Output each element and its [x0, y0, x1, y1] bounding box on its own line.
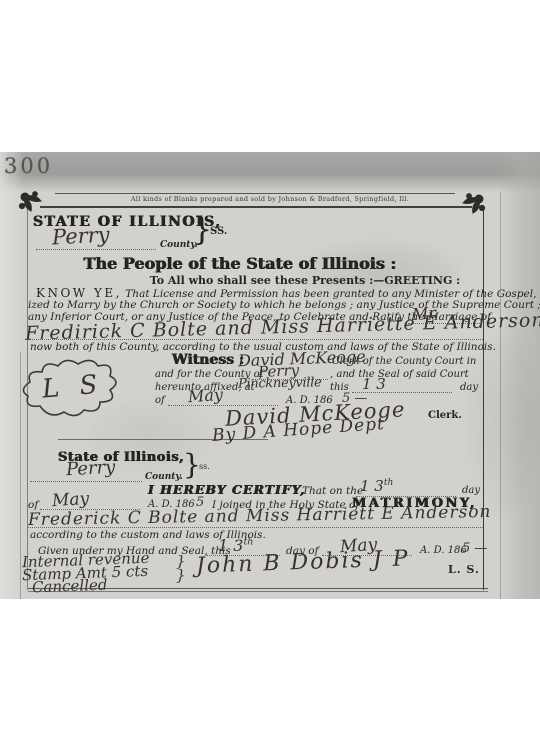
certify-day-handwritten: 1 3th [360, 477, 393, 495]
witness-month-handwritten: May [187, 385, 223, 406]
border-right-rule [483, 206, 484, 590]
ls-label: L. S. [448, 563, 480, 576]
witness-line2-post: , and the Seal of said Court [330, 369, 469, 380]
know-ye-line2: ized to Marry by the Church or Society t… [28, 299, 540, 311]
scanned-document: 300 All kinds of Blanks prepared and sol… [0, 152, 540, 599]
border-top-inner-rule [40, 206, 472, 208]
given-year-printed: A. D. 186 [420, 545, 467, 556]
page-background: { "page": { "number": "300", "imprint": … [0, 0, 540, 756]
revenue-brace-2: } [176, 566, 186, 584]
certificate-county-handwritten: Perry [65, 457, 115, 481]
scan-top-shadow-band [0, 152, 540, 192]
witness-line4-pre: of [155, 395, 165, 406]
corner-ornament-icon [458, 190, 488, 216]
witness-label: Witness : [172, 352, 244, 368]
certify-post: day [462, 485, 480, 496]
certify-lead: I HEREBY CERTIFY, [148, 482, 305, 497]
border-top-outer-rule [55, 193, 455, 194]
certificate-county-label: County. [145, 472, 183, 482]
certificate-ss-label: ss. [199, 462, 210, 471]
printer-imprint: All kinds of Blanks prepared and sold by… [120, 195, 420, 203]
people-heading: The People of the State of Illinois : [60, 254, 420, 273]
dotted-rule [30, 480, 142, 482]
page-number-stamp: 300 [4, 154, 53, 178]
seal-ls-handwritten: L S [41, 369, 105, 404]
clerk-label: Clerk. [428, 410, 462, 421]
scan-right-edge-shading [498, 152, 540, 599]
given-year-handwritten: 5 — [462, 541, 487, 556]
witness-line1-rest: Clerk of the County Court in [332, 356, 476, 367]
license-county-handwritten: Perry [51, 223, 110, 250]
witness-place-handwritten: Pinckneyville [238, 375, 322, 391]
page-edge-rule [500, 192, 501, 599]
revenue-note-line3-handwritten: Cancelled [32, 576, 108, 597]
binding-edge-rule [20, 352, 21, 599]
witness-line3-post: day [460, 382, 478, 393]
corner-ornament-icon [16, 188, 46, 214]
license-ss-label: SS. [210, 226, 227, 237]
certify-month-handwritten: May [51, 489, 89, 512]
